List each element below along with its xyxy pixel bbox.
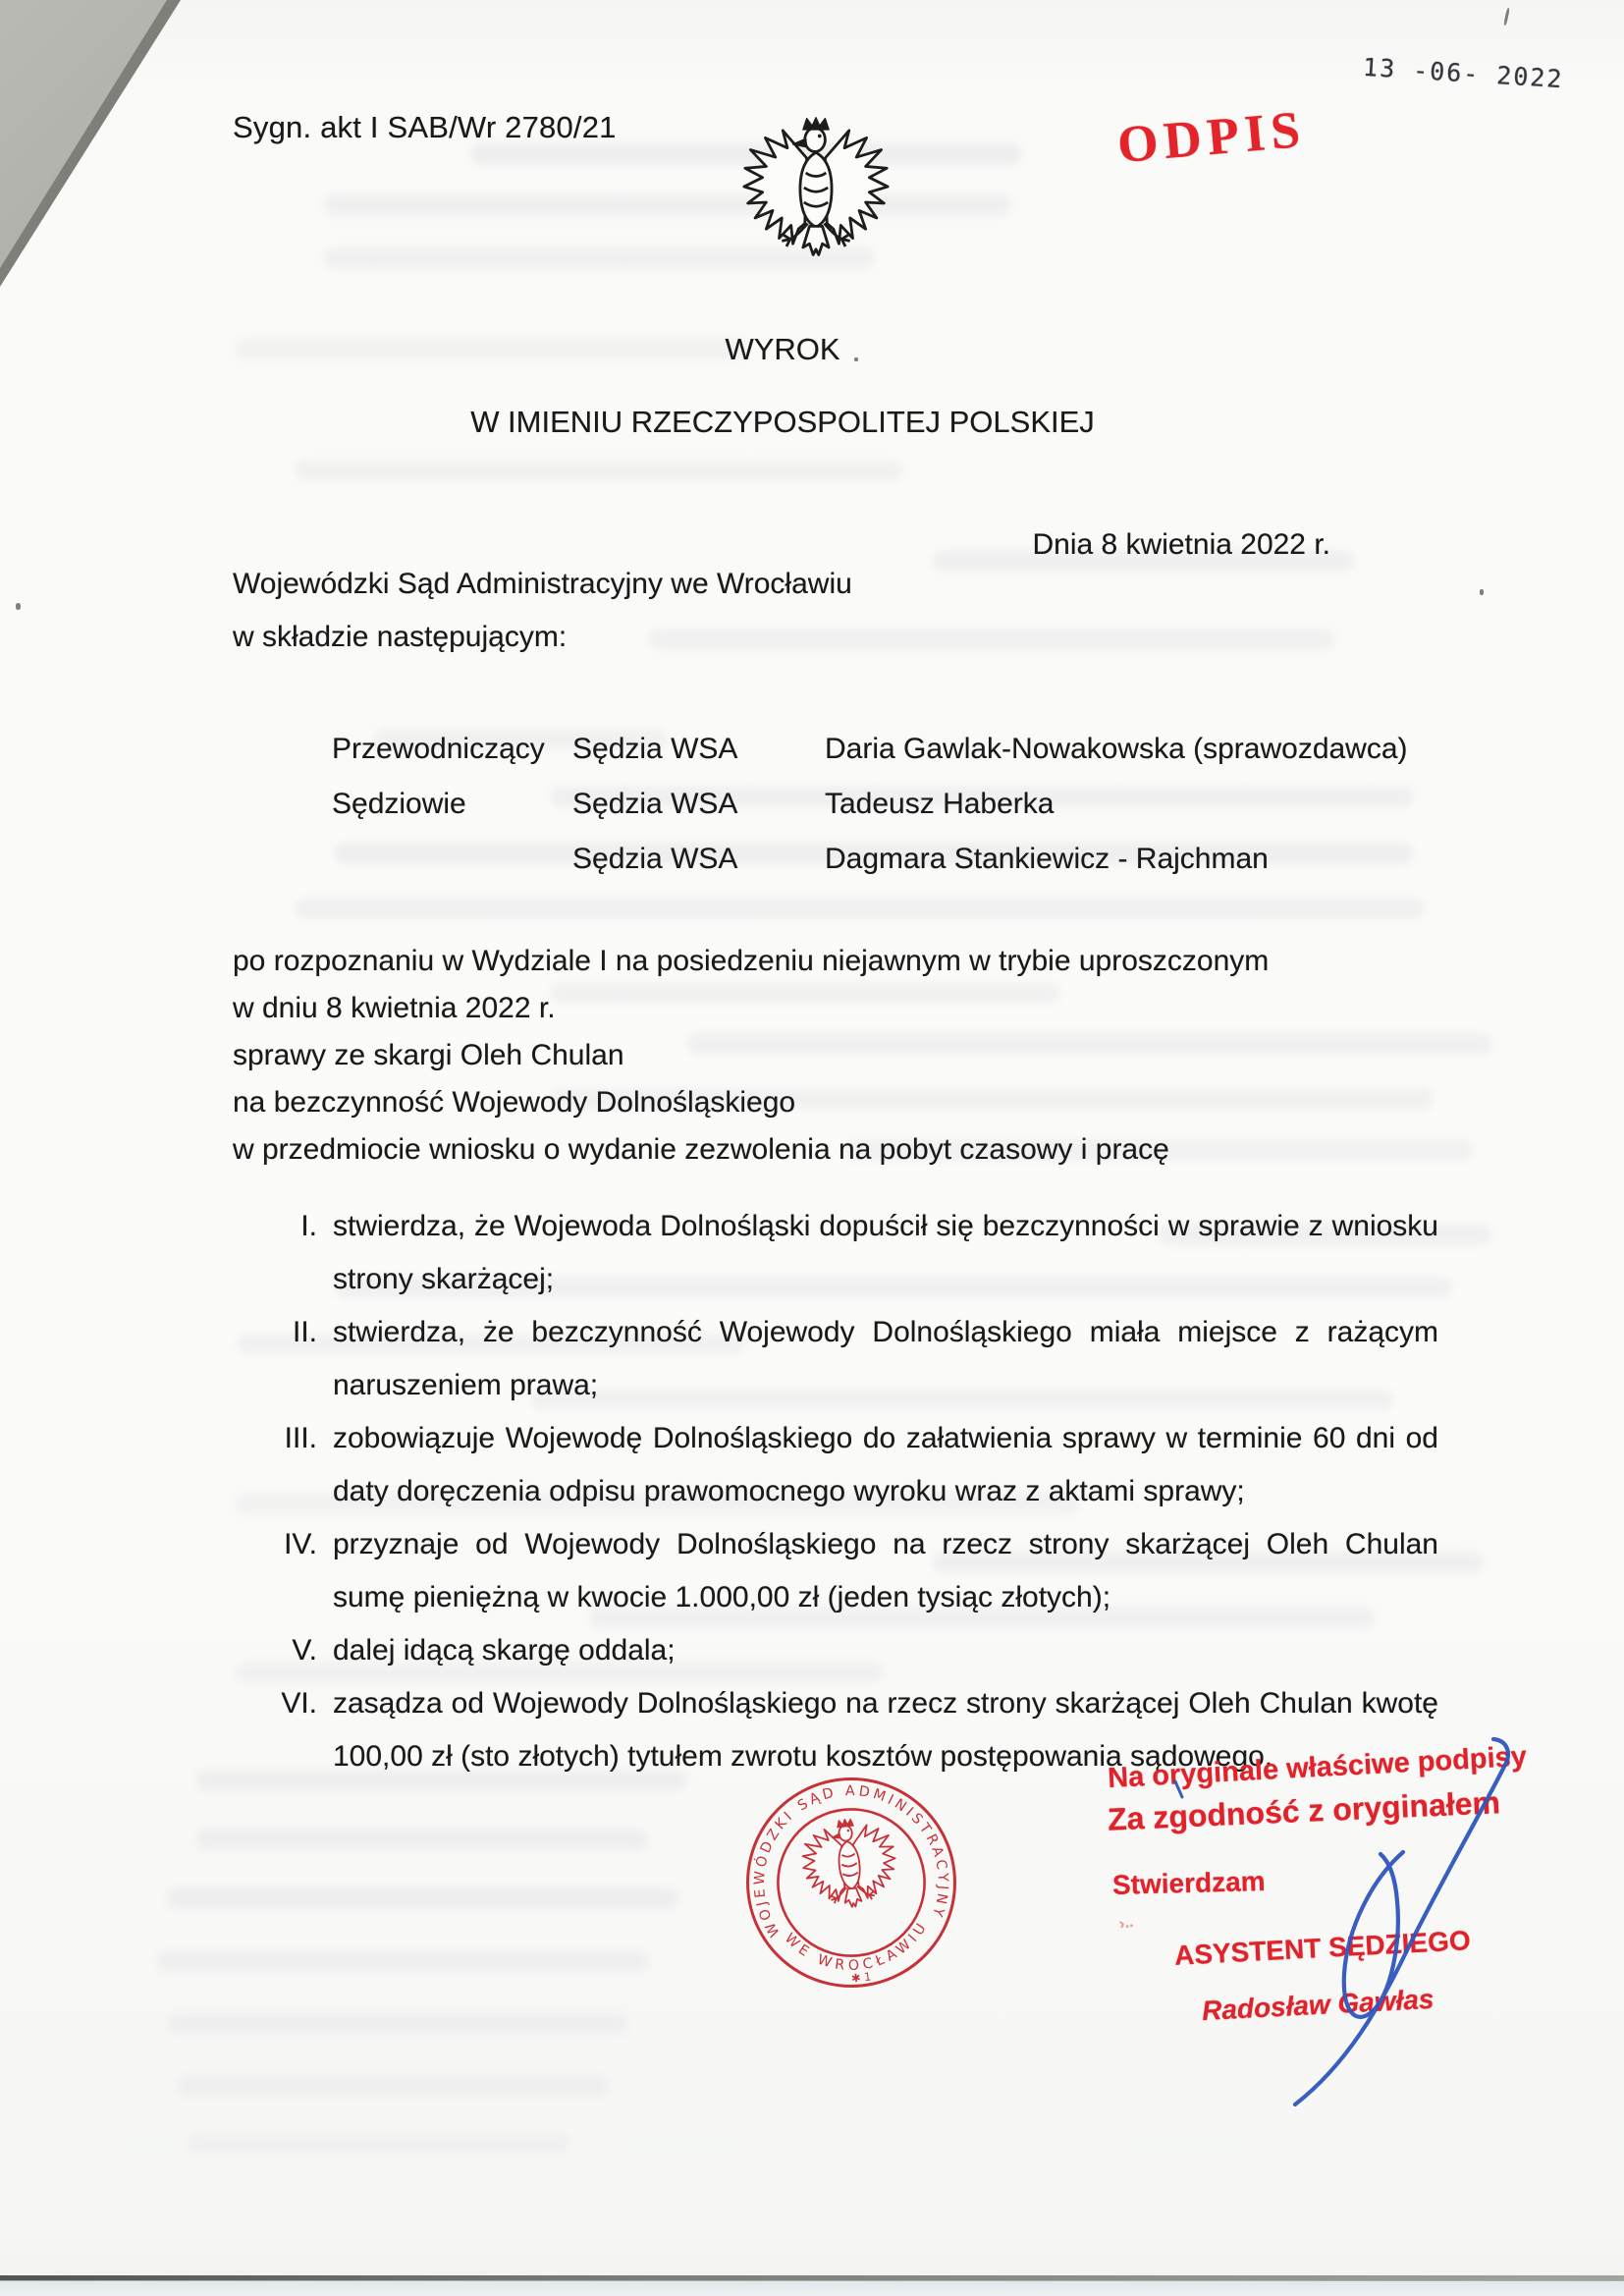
- ruling-text: zobowiązuje Wojewodę Dolnośląskiego do z…: [333, 1412, 1438, 1518]
- panel-intro: w składzie następującym:: [233, 621, 567, 654]
- scan-bottom-margin: [0, 2280, 1624, 2296]
- scanned-court-judgment-page: Sygn. akt I SAB/Wr 2780/21 13 -06- 2022 …: [0, 0, 1624, 2296]
- case-preamble: po rozpoznaniu w Wydziale I na posiedzen…: [233, 938, 1470, 1174]
- bleed-smudge: [295, 460, 903, 481]
- scan-speck: [1503, 8, 1510, 26]
- ruling-text: przyznaje od Wojewody Dolnośląskiego na …: [333, 1518, 1438, 1624]
- bleed-smudge: [177, 2074, 609, 2096]
- bleed-smudge: [295, 898, 1424, 919]
- judgment-title: WYROK: [0, 332, 1565, 367]
- preamble-line: w dniu 8 kwietnia 2022 r.: [233, 985, 1470, 1032]
- ruling-item: I. stwierdza, że Wojewoda Dolnośląski do…: [233, 1200, 1438, 1306]
- ruling-text: stwierdza, że Wojewoda Dolnośląski dopuś…: [333, 1200, 1438, 1306]
- odpis-copy-stamp: ODPIS: [1115, 100, 1308, 176]
- ruling-numeral: VI.: [233, 1677, 333, 1783]
- ruling-item: IV. przyznaje od Wojewody Dolnośląskiego…: [233, 1518, 1438, 1624]
- ruling-numeral: V.: [233, 1624, 333, 1677]
- judge-title: Sędzia WSA: [572, 788, 825, 821]
- panel-row: Przewodniczący Sędzia WSA Daria Gawlak-N…: [332, 733, 1408, 766]
- bleed-smudge: [324, 194, 1011, 216]
- bleed-smudge: [167, 2013, 628, 2035]
- rulings-list: I. stwierdza, że Wojewoda Dolnośląski do…: [233, 1200, 1438, 1783]
- panel-row: Sędziowie Sędzia WSA Tadeusz Haberka: [332, 788, 1054, 821]
- court-name: Wojewódzki Sąd Administracyjny we Wrocła…: [233, 568, 852, 601]
- judgment-subtitle: W IMIENIU RZECZYPOSPOLITEJ POLSKIEJ: [0, 405, 1565, 440]
- judgment-date: Dnia 8 kwietnia 2022 r.: [938, 528, 1330, 562]
- bleed-smudge: [167, 1887, 677, 1909]
- judge-name: Dagmara Stankiewicz - Rajchman: [825, 843, 1269, 876]
- scan-speck: [1480, 589, 1484, 595]
- ruling-numeral: I.: [233, 1200, 333, 1306]
- bleed-smudge: [196, 1829, 648, 1850]
- ruling-item: II. stwierdza, że bezczynność Wojewody D…: [233, 1306, 1438, 1412]
- judge-role: [332, 843, 572, 876]
- bleed-smudge: [187, 2133, 569, 2155]
- faint-stamp-mark: ›..: [1117, 1914, 1135, 1935]
- ruling-text: stwierdza, że bezczynność Wojewody Dolno…: [333, 1306, 1438, 1412]
- seal-division-mark: ✱ 1: [850, 1970, 871, 1985]
- polish-eagle-emblem: [742, 112, 890, 322]
- ruling-numeral: III.: [233, 1412, 333, 1518]
- preamble-line: na bezczynność Wojewody Dolnośląskiego: [233, 1079, 1470, 1126]
- bleed-smudge: [648, 629, 1335, 650]
- court-round-seal: WOJEWÓDZKI SĄD ADMINISTRACYJNY WE WROCŁA…: [730, 1761, 973, 2004]
- scan-corner-shadow: [0, 0, 196, 295]
- panel-row: Sędzia WSA Dagmara Stankiewicz - Rajchma…: [332, 843, 1269, 876]
- bleed-smudge: [157, 1950, 648, 1972]
- ruling-item: V. dalej idącą skargę oddala;: [233, 1624, 1438, 1677]
- judge-title: Sędzia WSA: [572, 843, 825, 876]
- ruling-item: III. zobowiązuje Wojewodę Dolnośląskiego…: [233, 1412, 1438, 1518]
- pen-signature: [1159, 1719, 1551, 2121]
- case-number: Sygn. akt I SAB/Wr 2780/21: [233, 110, 617, 145]
- ruling-text: dalej idącą skargę oddala;: [333, 1624, 1438, 1677]
- preamble-line: po rozpoznaniu w Wydziale I na posiedzen…: [233, 938, 1470, 985]
- preamble-line: w przedmiocie wniosku o wydanie zezwolen…: [233, 1126, 1470, 1174]
- judge-role: Sędziowie: [332, 788, 572, 821]
- judge-name: Daria Gawlak-Nowakowska (sprawozdawca): [825, 733, 1408, 766]
- received-date-stamp: 13 -06- 2022: [1362, 53, 1564, 93]
- ruling-numeral: IV.: [233, 1518, 333, 1624]
- judge-role: Przewodniczący: [332, 733, 572, 766]
- judge-name: Tadeusz Haberka: [825, 788, 1054, 821]
- preamble-line: sprawy ze skargi Oleh Chulan: [233, 1032, 1470, 1079]
- ruling-numeral: II.: [233, 1306, 333, 1412]
- scan-speck: [16, 603, 21, 610]
- judge-title: Sędzia WSA: [572, 733, 825, 766]
